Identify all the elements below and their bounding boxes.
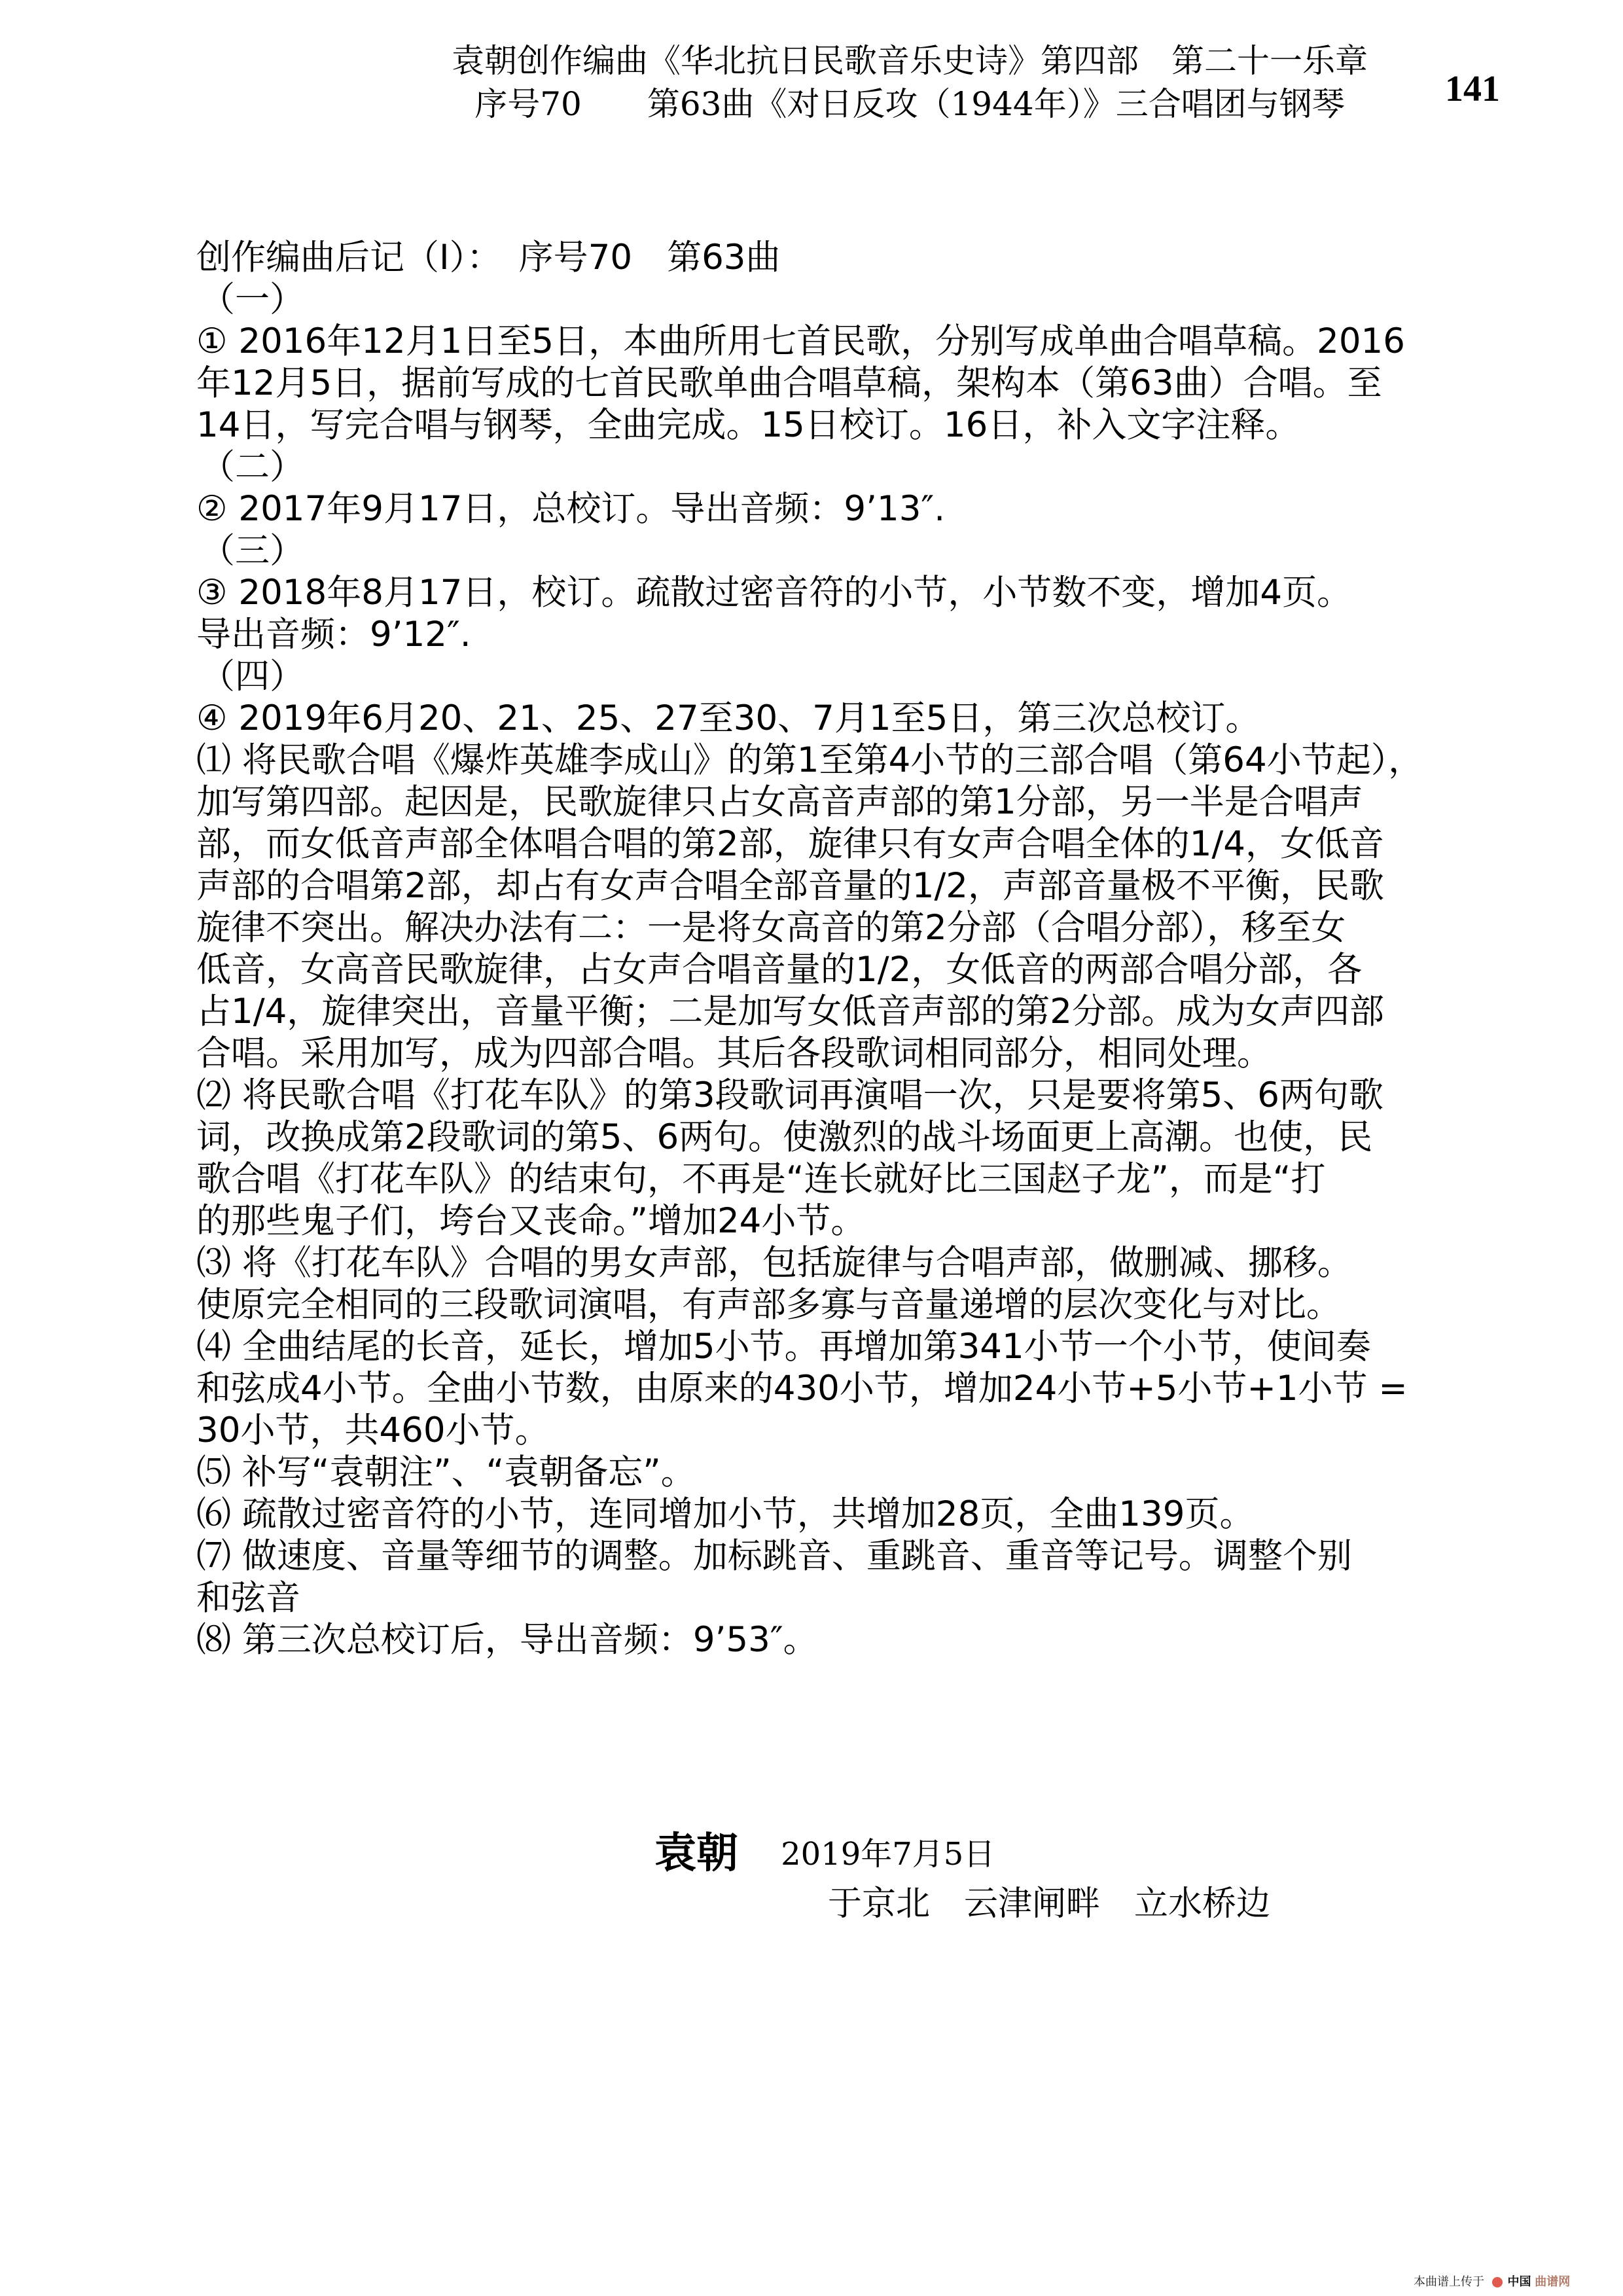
paragraph-line: 和弦音 <box>196 1577 1558 1619</box>
section-mark-2: （二） <box>196 446 1558 488</box>
header-piece-title: 序号70 第63曲《对日反攻（1944年）》三合唱团与钢琴 <box>419 82 1400 126</box>
paragraph-line: 的那些鬼子们，垮台又丧命。”增加24小节。 <box>196 1200 1558 1242</box>
watermark-footer: 本曲谱上传于 中国 曲谱网 <box>1414 2272 1570 2289</box>
paragraph-line: 歌合唱《打花车队》的结束句，不再是“连长就好比三国赵子龙”，而是“打 <box>196 1158 1558 1200</box>
section-mark-3: （三） <box>196 530 1558 572</box>
header-series-title: 袁朝创作编曲《华北抗日民歌音乐史诗》第四部 第二十一乐章 <box>419 39 1400 82</box>
list-item-2: ⑵ 将民歌合唱《打花车队》的第3段歌词再演唱一次，只是要将第5、6两句歌 <box>196 1075 1558 1117</box>
paragraph-line: ④ 2019年6月20、21、25、27至30、7月1至5日，第三次总校订。 <box>196 698 1558 740</box>
brand-name-part2: 曲谱网 <box>1535 2275 1570 2289</box>
paragraph-line: 30小节，共460小节。 <box>196 1410 1558 1452</box>
page-header: 袁朝创作编曲《华北抗日民歌音乐史诗》第四部 第二十一乐章 序号70 第63曲《对… <box>419 39 1400 126</box>
list-item-6: ⑹ 疏散过密音符的小节，连同增加小节，共增加28页，全曲139页。 <box>196 1494 1558 1535</box>
paragraph-line: 占1/4，旋律突出，音量平衡；二是加写女低音声部的第2分部。成为女声四部 <box>196 991 1558 1033</box>
postscript-body: 创作编曲后记（Ⅰ）： 序号70 第63曲 （一） ① 2016年12月1日至5日… <box>196 237 1558 1661</box>
page-number: 141 <box>1445 68 1500 110</box>
postscript-title: 创作编曲后记（Ⅰ）： 序号70 第63曲 <box>196 237 1558 279</box>
list-item-1: ⑴ 将民歌合唱《爆炸英雄李成山》的第1至第4小节的三部合唱（第64小节起）， <box>196 740 1558 781</box>
section-mark-4: （四） <box>196 656 1558 698</box>
author-signature: 袁朝 <box>654 1820 738 1880</box>
list-item-4: ⑷ 全曲结尾的长音，延长，增加5小节。再增加第341小节一个小节，使间奏 <box>196 1326 1558 1368</box>
brand-name-part1: 中国 <box>1507 2275 1531 2289</box>
list-item-3: ⑶ 将《打花车队》合唱的男女声部，包括旋律与合唱声部，做删减、挪移。 <box>196 1242 1558 1284</box>
paragraph-line: ② 2017年9月17日，总校订。导出音频：9’13″. <box>196 488 1558 530</box>
list-item-5: ⑸ 补写“袁朝注”、“袁朝备忘”。 <box>196 1452 1558 1494</box>
paragraph-line: 旋律不突出。解决办法有二：一是将女高音的第2分部（合唱分部），移至女 <box>196 907 1558 949</box>
paragraph-line: ③ 2018年8月17日，校订。疏散过密音符的小节，小节数不变，增加4页。 <box>196 572 1558 614</box>
paragraph-line: 加写第四部。起因是，民歌旋律只占女高音声部的第1分部，另一半是合唱声 <box>196 781 1558 823</box>
document-page: 袁朝创作编曲《华北抗日民歌音乐史诗》第四部 第二十一乐章 序号70 第63曲《对… <box>0 0 1623 2296</box>
paragraph-line: 声部的合唱第2部，却占有女声合唱全部音量的1/2，声部音量极不平衡，民歌 <box>196 865 1558 907</box>
signature-block: 袁朝 2019年7月5日 于京北 云津闸畔 立水桥边 <box>654 1820 995 1880</box>
list-item-7: ⑺ 做速度、音量等细节的调整。加标跳音、重跳音、重音等记号。调整个别 <box>196 1535 1558 1577</box>
section-mark-1: （一） <box>196 279 1558 321</box>
list-item-8: ⑻ 第三次总校订后，导出音频：9’53″。 <box>196 1619 1558 1661</box>
paragraph-line: 词，改换成第2段歌词的第5、6两句。使激烈的战斗场面更上高潮。也使，民 <box>196 1117 1558 1158</box>
site-logo-icon <box>1492 2277 1503 2287</box>
paragraph-line: 合唱。采用加写，成为四部合唱。其后各段歌词相同部分，相同处理。 <box>196 1033 1558 1075</box>
signature-place: 于京北 云津闸畔 立水桥边 <box>828 1876 1270 1925</box>
paragraph-line: 14日，写完合唱与钢琴，全曲完成。15日校订。16日，补入文字注释。 <box>196 404 1558 446</box>
paragraph-line: 和弦成4小节。全曲小节数，由原来的430小节，增加24小节+5小节+1小节 = <box>196 1368 1558 1410</box>
upload-text: 本曲谱上传于 <box>1414 2275 1484 2289</box>
paragraph-line: 低音，女高音民歌旋律，占女声合唱音量的1/2，女低音的两部合唱分部，各 <box>196 949 1558 991</box>
paragraph-line: 年12月5日，据前写成的七首民歌单曲合唱草稿，架构本（第63曲）合唱。至 <box>196 363 1558 404</box>
paragraph-line: 使原完全相同的三段歌词演唱，有声部多寡与音量递增的层次变化与对比。 <box>196 1284 1558 1326</box>
signature-date: 2019年7月5日 <box>781 1829 995 1874</box>
paragraph-line: ① 2016年12月1日至5日，本曲所用七首民歌，分别写成单曲合唱草稿。2016 <box>196 321 1558 363</box>
paragraph-line: 部，而女低音声部全体唱合唱的第2部，旋律只有女声合唱全体的1/4，女低音 <box>196 823 1558 865</box>
paragraph-line: 导出音频：9’12″. <box>196 614 1558 656</box>
